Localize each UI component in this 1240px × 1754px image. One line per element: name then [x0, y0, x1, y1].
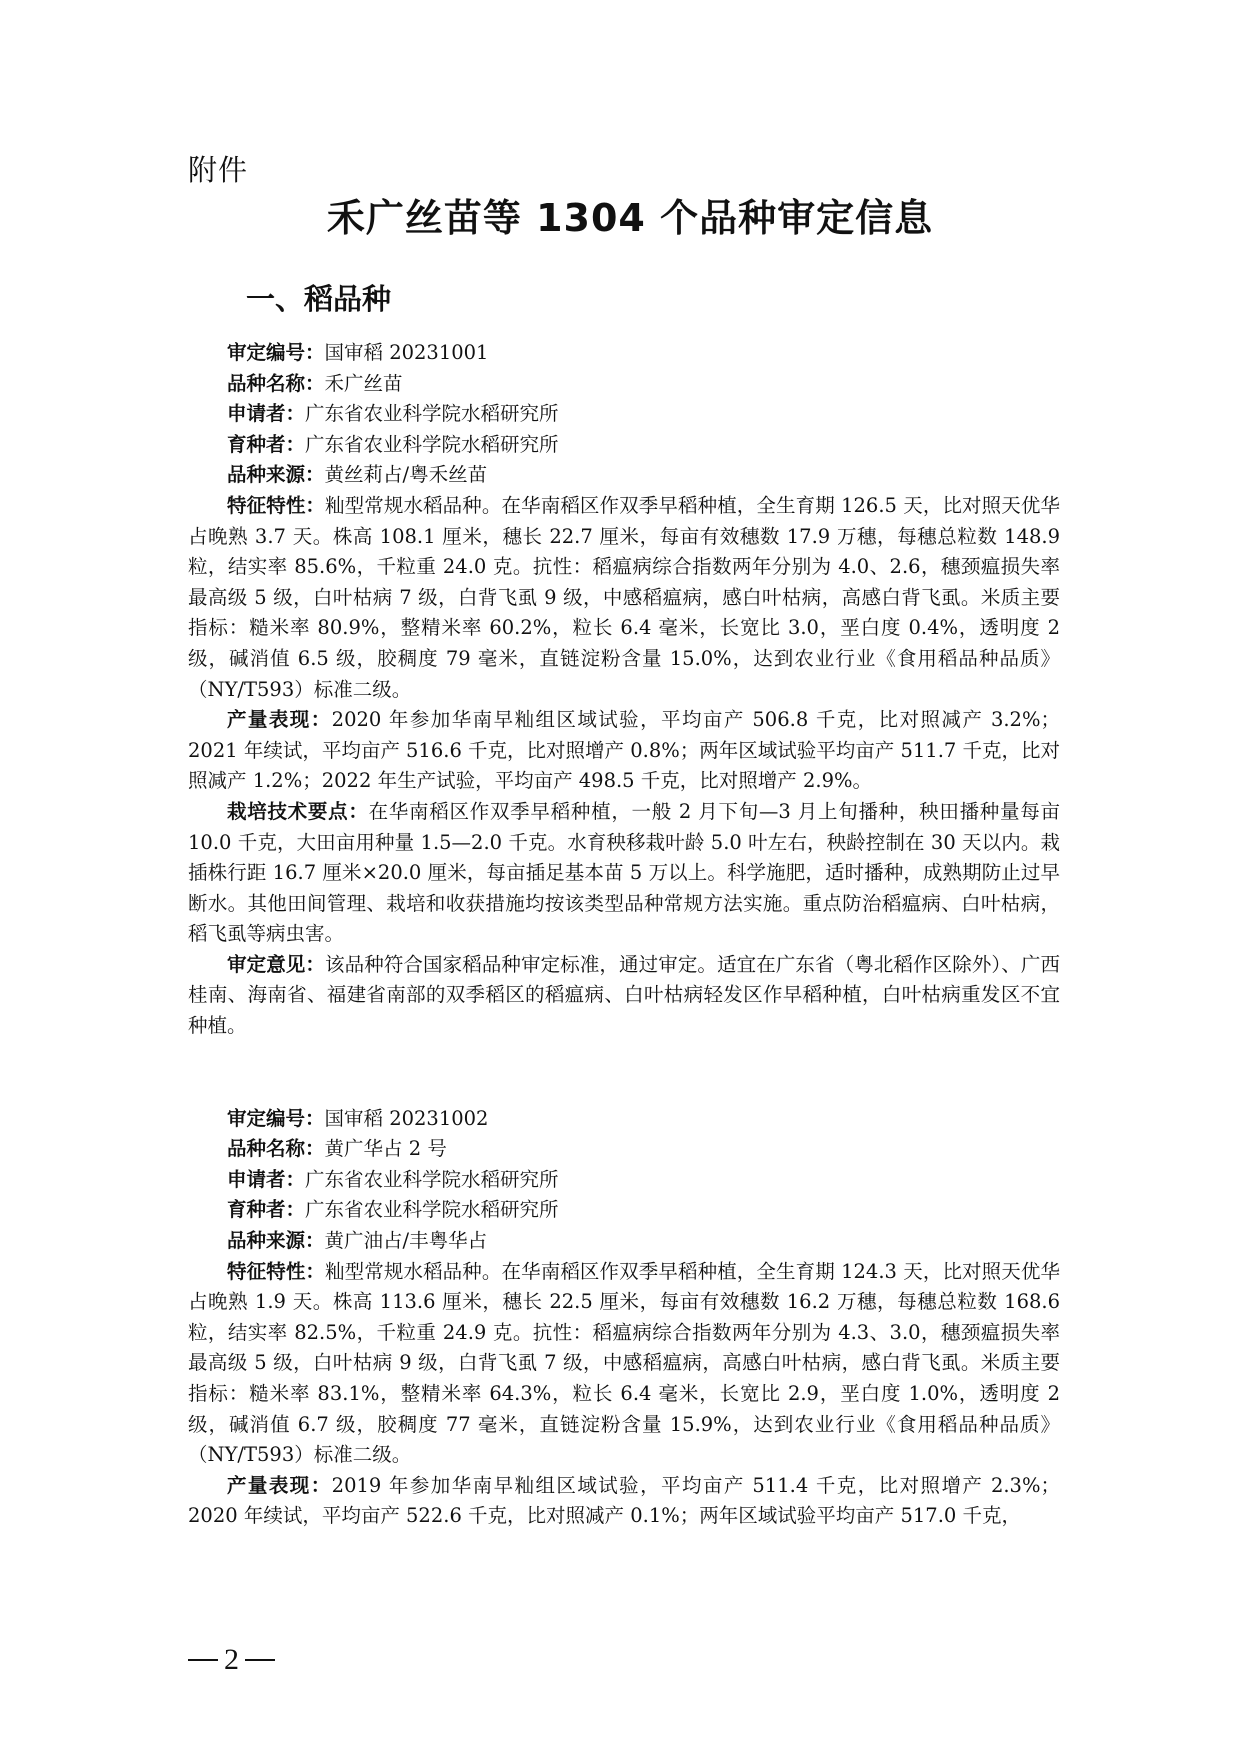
variety-record: 审定编号：国审稻 20231002 品种名称：黄广华占 2 号 申请者：广东省农…	[188, 1104, 1060, 1532]
breeder-field: 育种者：广东省农业科学院水稻研究所	[188, 430, 1060, 461]
field-label: 品种来源：	[227, 1229, 325, 1252]
page-number: 2	[188, 1643, 275, 1677]
characteristics-field: 特征特性：籼型常规水稻品种。在华南稻区作双季早稻种植，全生育期 126.5 天，…	[188, 491, 1060, 705]
cultivation-field: 栽培技术要点：在华南稻区作双季早稻种植，一般 2 月下旬—3 月上旬播种，秧田播…	[188, 797, 1060, 950]
field-label: 审定编号：	[227, 1107, 325, 1130]
field-value: 广东省农业科学院水稻研究所	[305, 402, 559, 425]
field-value: 黄广华占 2 号	[325, 1137, 447, 1160]
field-label: 品种名称：	[227, 372, 325, 395]
field-value: 广东省农业科学院水稻研究所	[305, 1168, 559, 1191]
document-title: 禾广丝苗等 1304 个品种审定信息	[0, 194, 1240, 242]
field-value: 黄丝莉占/粤禾丝苗	[325, 463, 488, 486]
field-value: 广东省农业科学院水稻研究所	[305, 1198, 559, 1221]
field-label: 特征特性：	[227, 1260, 325, 1283]
field-label: 审定意见：	[227, 953, 325, 976]
origin-field: 品种来源：黄广油占/丰粤华占	[188, 1226, 1060, 1257]
field-value: 禾广丝苗	[325, 372, 403, 395]
field-label: 育种者：	[227, 433, 305, 456]
approval-number-field: 审定编号：国审稻 20231002	[188, 1104, 1060, 1135]
field-label: 栽培技术要点：	[227, 800, 369, 823]
document-page: 附件 禾广丝苗等 1304 个品种审定信息 一、稻品种 审定编号：国审稻 202…	[0, 0, 1240, 1754]
field-label: 品种来源：	[227, 463, 325, 486]
yield-field: 产量表现：2019 年参加华南早籼组区域试验，平均亩产 511.4 千克，比对照…	[188, 1471, 1060, 1532]
section-heading: 一、稻品种	[246, 280, 391, 318]
attachment-label: 附件	[188, 152, 248, 188]
field-value: 黄广油占/丰粤华占	[325, 1229, 488, 1252]
opinion-field: 审定意见：该品种符合国家稻品种审定标准，通过审定。适宜在广东省（粤北稻作区除外）…	[188, 950, 1060, 1042]
field-label: 产量表现：	[227, 1474, 332, 1497]
field-label: 审定编号：	[227, 341, 325, 364]
breeder-field: 育种者：广东省农业科学院水稻研究所	[188, 1195, 1060, 1226]
field-label: 产量表现：	[227, 708, 332, 731]
field-label: 申请者：	[227, 402, 305, 425]
origin-field: 品种来源：黄丝莉占/粤禾丝苗	[188, 460, 1060, 491]
dash-decoration	[188, 1659, 218, 1661]
dash-decoration	[245, 1659, 275, 1661]
page-number-value: 2	[224, 1643, 239, 1677]
applicant-field: 申请者：广东省农业科学院水稻研究所	[188, 399, 1060, 430]
applicant-field: 申请者：广东省农业科学院水稻研究所	[188, 1165, 1060, 1196]
field-value: 国审稻 20231002	[325, 1107, 489, 1130]
field-label: 特征特性：	[227, 494, 325, 517]
variety-record: 审定编号：国审稻 20231001 品种名称：禾广丝苗 申请者：广东省农业科学院…	[188, 338, 1060, 1042]
field-label: 申请者：	[227, 1168, 305, 1191]
yield-field: 产量表现：2020 年参加华南早籼组区域试验，平均亩产 506.8 千克，比对照…	[188, 705, 1060, 797]
approval-number-field: 审定编号：国审稻 20231001	[188, 338, 1060, 369]
field-label: 育种者：	[227, 1198, 305, 1221]
field-value: 广东省农业科学院水稻研究所	[305, 433, 559, 456]
field-value: 籼型常规水稻品种。在华南稻区作双季早稻种植，全生育期 124.3 天，比对照天优…	[188, 1260, 1060, 1467]
field-value: 国审稻 20231001	[325, 341, 489, 364]
variety-name-field: 品种名称：禾广丝苗	[188, 369, 1060, 400]
variety-name-field: 品种名称：黄广华占 2 号	[188, 1134, 1060, 1165]
field-label: 品种名称：	[227, 1137, 325, 1160]
field-value: 籼型常规水稻品种。在华南稻区作双季早稻种植，全生育期 126.5 天，比对照天优…	[188, 494, 1060, 701]
document-body: 审定编号：国审稻 20231001 品种名称：禾广丝苗 申请者：广东省农业科学院…	[188, 338, 1060, 1532]
characteristics-field: 特征特性：籼型常规水稻品种。在华南稻区作双季早稻种植，全生育期 124.3 天，…	[188, 1257, 1060, 1471]
